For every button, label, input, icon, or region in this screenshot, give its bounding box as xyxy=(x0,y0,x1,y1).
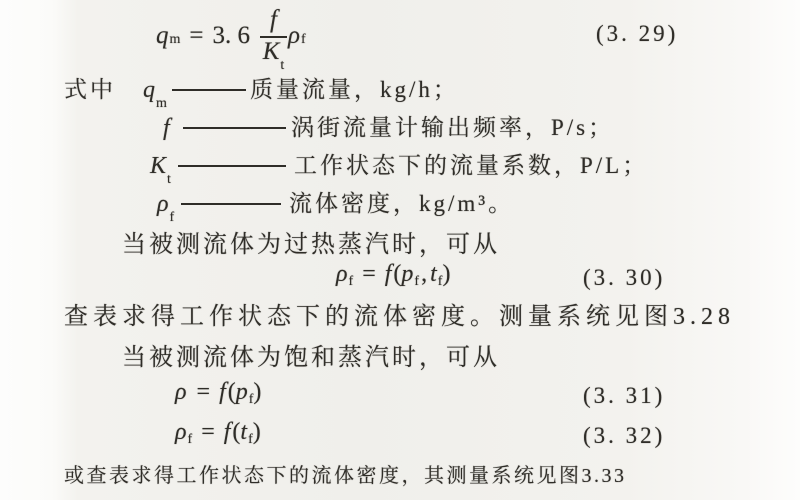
math-variable-rho: ρ xyxy=(175,379,187,406)
definition-text: 质量流量，kg/h； xyxy=(250,74,459,106)
math-variable-p: p xyxy=(236,379,248,406)
symbol-definition-row-f: f —— 涡街流量计输出频率，P/s； xyxy=(0,112,800,144)
math-variable: f xyxy=(163,115,170,141)
subscript-t: t xyxy=(280,58,284,73)
definition-dash: —— xyxy=(181,188,281,220)
math-variable-rho: ρ xyxy=(175,419,187,446)
math-variable-rho: ρ xyxy=(288,22,300,50)
equation-number-3-29: (3. 29) xyxy=(596,21,678,47)
function-f: f xyxy=(219,379,226,406)
function-f: f xyxy=(224,419,231,446)
symbol-definition-row-qm: 式中 qm —— 质量流量，kg/h； xyxy=(0,74,800,106)
formula-3-30: ρf = f(pf,tf) xyxy=(336,261,450,288)
coefficient: 3. 6 xyxy=(213,22,251,50)
close-paren: ) xyxy=(253,379,261,406)
scanned-textbook-page: qm = 3. 6 f Kt ρf (3. 29) 式中 qm —— 质量流量，… xyxy=(0,0,800,500)
equals-sign: = xyxy=(189,22,203,50)
subscript: m xyxy=(156,96,167,111)
math-variable-t: t xyxy=(240,419,247,446)
comma: , xyxy=(421,261,427,288)
equals-sign: = xyxy=(197,379,211,406)
math-variable: K xyxy=(150,153,166,179)
paragraph-superheated-steam: 当被测流体为过热蒸汽时，可从 xyxy=(122,224,500,259)
definition-dash: —— xyxy=(183,112,286,144)
symbol-definition-row-Kt: Kt —— 工作状态下的流量系数，P/L； xyxy=(0,150,800,182)
math-variable: ρ xyxy=(157,191,169,217)
definition-symbol: Kt xyxy=(150,150,171,182)
symbol-definition-row-rho: ρf —— 流体密度，kg/m³。 xyxy=(0,188,800,220)
close-paren: ) xyxy=(442,261,450,288)
definition-text: 工作状态下的流量系数，P/L； xyxy=(294,150,648,182)
definition-symbol: f xyxy=(163,112,171,144)
equals-sign: = xyxy=(201,419,215,446)
formula-3-29: qm = 3. 6 f Kt ρf xyxy=(156,5,306,67)
math-variable-K: K xyxy=(263,38,280,65)
math-variable-p: p xyxy=(401,261,413,288)
definition-symbol: qm xyxy=(143,74,167,106)
fraction-numerator-f: f xyxy=(260,7,287,37)
equation-number-3-30: (3. 30) xyxy=(583,265,665,291)
math-variable-qm: q xyxy=(156,22,169,50)
definition-dash: —— xyxy=(178,150,286,182)
subscript: t xyxy=(167,172,171,187)
where-label: 式中 xyxy=(64,74,116,106)
formula-3-32: ρf = f(tf) xyxy=(175,419,261,446)
definition-dash: —— xyxy=(172,74,246,106)
math-variable-rho: ρ xyxy=(336,261,348,288)
subscript: f xyxy=(170,210,175,225)
paragraph-lookup-figure-3-33: 或查表求得工作状态下的流体密度，其测量系统见图3.33 xyxy=(64,459,627,488)
math-variable: q xyxy=(143,77,155,103)
equals-sign: = xyxy=(362,261,376,288)
equation-number-3-31: (3. 31) xyxy=(583,383,665,409)
function-f: f xyxy=(385,261,392,288)
open-paren: ( xyxy=(228,379,236,406)
definition-text: 流体密度，kg/m³。 xyxy=(289,188,514,220)
paragraph-lookup-figure-3-28: 查表求得工作状态下的流体密度。测量系统见图3.28 xyxy=(64,296,735,331)
fraction-denominator-Kt: Kt xyxy=(263,38,285,65)
formula-3-31: ρ = f(pf) xyxy=(175,379,261,406)
math-variable-t: t xyxy=(430,261,437,288)
close-paren: ) xyxy=(253,419,261,446)
definition-text: 涡街流量计输出频率，P/s； xyxy=(291,112,614,144)
equation-number-3-32: (3. 32) xyxy=(583,423,665,449)
fraction: f Kt xyxy=(260,7,287,65)
paragraph-saturated-steam: 当被测流体为饱和蒸汽时，可从 xyxy=(122,337,500,372)
definition-symbol: ρf xyxy=(157,188,174,220)
